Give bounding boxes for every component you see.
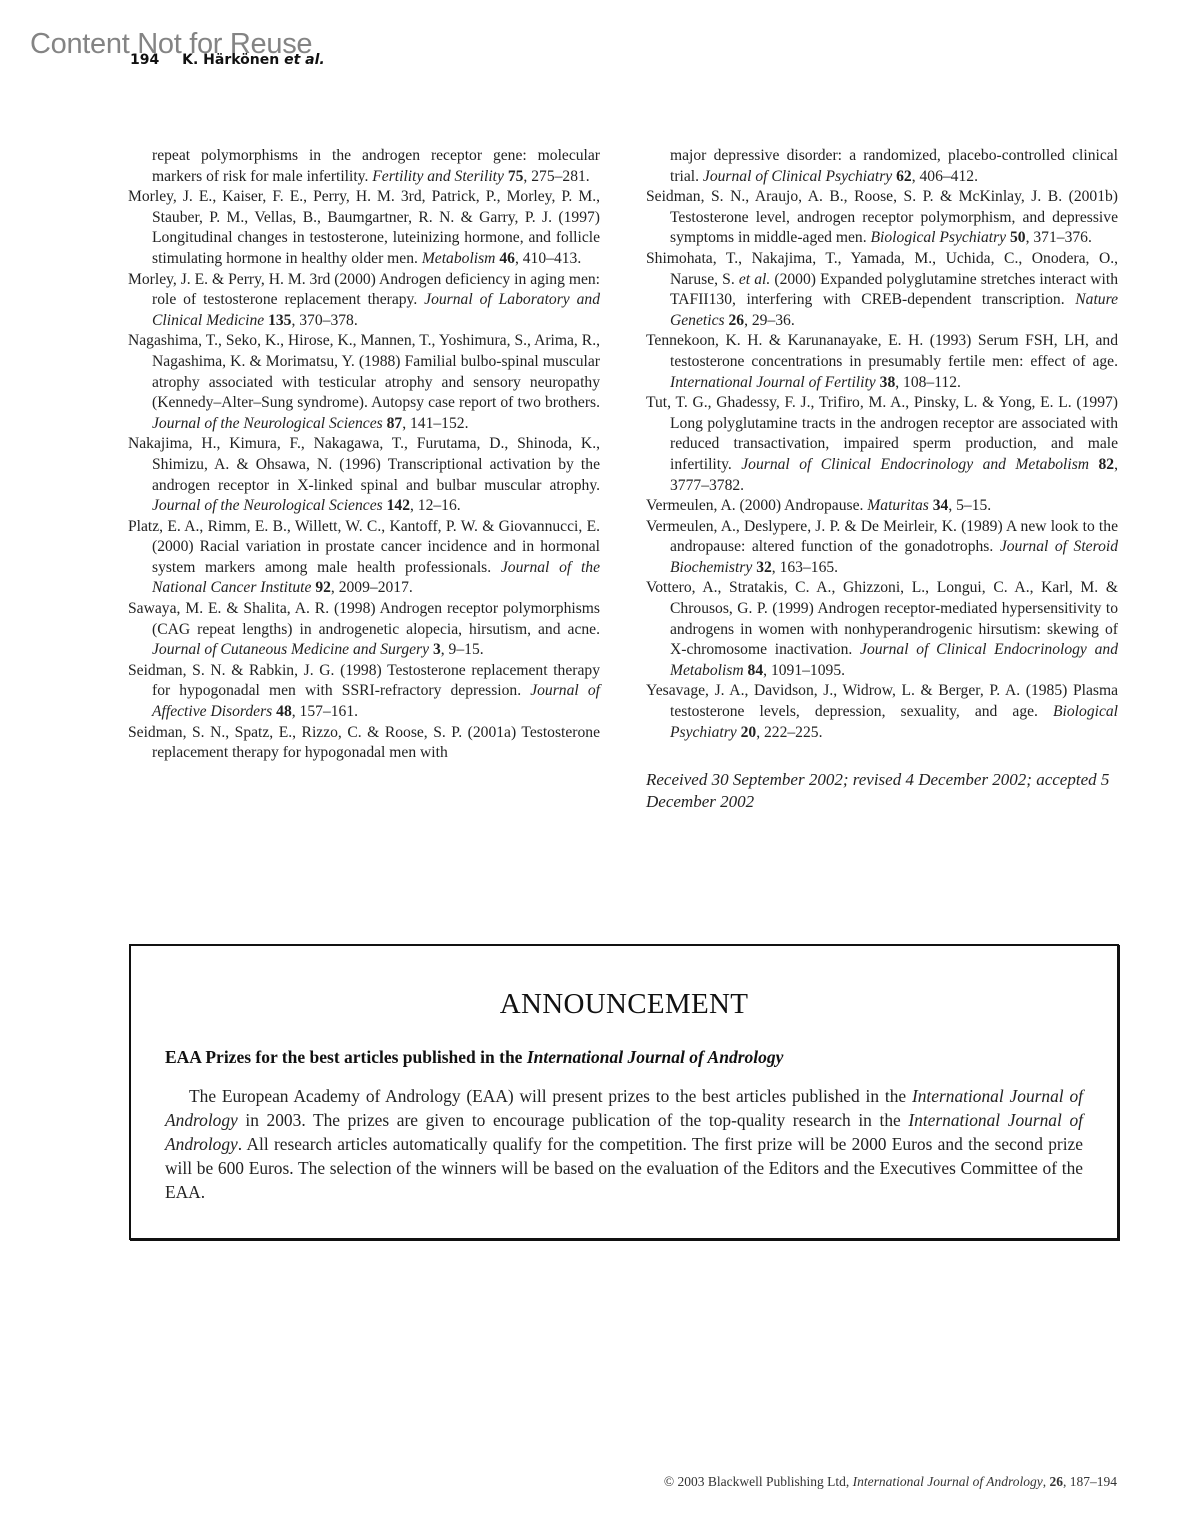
reference-entry: Seidman, S. N. & Rabkin, J. G. (1998) Te… — [128, 661, 600, 723]
reference-entry: Tennekoon, K. H. & Karunanayake, E. H. (… — [646, 331, 1118, 393]
text: , 2009–2017. — [331, 579, 413, 596]
references-right-list: major depressive disorder: a randomized,… — [646, 146, 1118, 743]
reference-entry: repeat polymorphisms in the androgen rec… — [128, 146, 600, 187]
bold-text: 92 — [315, 579, 331, 596]
reference-entry: Yesavage, J. A., Davidson, J., Widrow, L… — [646, 681, 1118, 743]
announcement-box: ANNOUNCEMENT EAA Prizes for the best art… — [129, 944, 1119, 1240]
text: , 370–378. — [291, 312, 357, 329]
reference-entry: Seidman, S. N., Araujo, A. B., Roose, S.… — [646, 187, 1118, 249]
text: , 406–412. — [912, 168, 978, 185]
bold-text: 62 — [896, 168, 912, 185]
announcement-body: The European Academy of Andrology (EAA) … — [165, 1084, 1083, 1204]
bold-text: 48 — [276, 703, 292, 720]
italic-text: Journal of the Neurological Sciences — [152, 497, 383, 514]
text: , 157–161. — [292, 703, 358, 720]
reference-entry: Morley, J. E. & Perry, H. M. 3rd (2000) … — [128, 270, 600, 332]
bold-text: 50 — [1010, 229, 1026, 246]
reference-entry: major depressive disorder: a randomized,… — [646, 146, 1118, 187]
bold-text: 26 — [728, 312, 744, 329]
received-dates-note: Received 30 September 2002; revised 4 De… — [646, 769, 1118, 813]
references-right-column: major depressive disorder: a randomized,… — [646, 146, 1118, 813]
text: , 5–15. — [948, 497, 991, 514]
bold-text: 3 — [433, 641, 441, 658]
text: , 108–112. — [895, 374, 961, 391]
reference-entry: Vottero, A., Stratakis, C. A., Ghizzoni,… — [646, 578, 1118, 681]
text: , 29–36. — [744, 312, 795, 329]
italic-text: Fertility and Sterility — [372, 168, 504, 185]
text: , 222–225. — [756, 724, 822, 741]
reference-entry: Platz, E. A., Rimm, E. B., Willett, W. C… — [128, 517, 600, 599]
text — [1089, 456, 1098, 473]
italic-text: Biological Psychiatry — [871, 229, 1007, 246]
italic-text: et al. — [739, 271, 770, 288]
reference-entry: Tut, T. G., Ghadessy, F. J., Trifiro, M.… — [646, 393, 1118, 496]
references-left-column: repeat polymorphisms in the androgen rec… — [128, 146, 600, 764]
text: Sawaya, M. E. & Shalita, A. R. (1998) An… — [128, 600, 600, 638]
italic-text: Journal of Cutaneous Medicine and Surger… — [152, 641, 429, 658]
copyright-footer: © 2003 Blackwell Publishing Ltd, Interna… — [664, 1474, 1117, 1490]
text: Nakajima, H., Kimura, F., Nakagawa, T., … — [128, 435, 600, 493]
text: , 141–152. — [402, 415, 468, 432]
reference-entry: Seidman, S. N., Spatz, E., Rizzo, C. & R… — [128, 723, 600, 764]
text: © 2003 Blackwell Publishing Ltd, — [664, 1474, 853, 1489]
text: Nagashima, T., Seko, K., Hirose, K., Man… — [128, 332, 600, 411]
bold-text: 46 — [499, 250, 515, 267]
reference-entry: Sawaya, M. E. & Shalita, A. R. (1998) An… — [128, 599, 600, 661]
text: Yesavage, J. A., Davidson, J., Widrow, L… — [646, 682, 1118, 720]
bold-text: 87 — [387, 415, 403, 432]
bold-text: 38 — [880, 374, 896, 391]
text: . All research articles automatically qu… — [165, 1134, 1083, 1202]
text: , 371–376. — [1026, 229, 1092, 246]
italic-text: International Journal of Fertility — [670, 374, 876, 391]
bold-text: 142 — [387, 497, 410, 514]
reference-entry: Vermeulen, A., Deslypere, J. P. & De Mei… — [646, 517, 1118, 579]
bold-text: 20 — [741, 724, 757, 741]
italic-text: Metabolism — [422, 250, 496, 267]
text: , 275–281. — [523, 168, 589, 185]
italic-text: Journal of Clinical Psychiatry — [703, 168, 892, 185]
italic-text: Journal of Clinical Endocrinology and Me… — [741, 456, 1089, 473]
italic-text: International Journal of Andrology — [527, 1047, 784, 1067]
reference-entry: Shimohata, T., Nakajima, T., Yamada, M.,… — [646, 249, 1118, 331]
text: , 187–194 — [1063, 1474, 1117, 1489]
italic-text: Journal of the Neurological Sciences — [152, 415, 383, 432]
text: , 163–165. — [772, 559, 838, 576]
bold-text: 84 — [748, 662, 764, 679]
text: Seidman, S. N., Spatz, E., Rizzo, C. & R… — [128, 724, 600, 762]
text: The European Academy of Andrology (EAA) … — [189, 1086, 912, 1106]
announcement-subtitle: EAA Prizes for the best articles publish… — [165, 1047, 1117, 1068]
reference-entry: Morley, J. E., Kaiser, F. E., Perry, H. … — [128, 187, 600, 269]
announcement-title: ANNOUNCEMENT — [131, 988, 1117, 1021]
text: in 2003. The prizes are given to encoura… — [238, 1110, 909, 1130]
text: Vermeulen, A. (2000) Andropause. — [646, 497, 867, 514]
text: EAA Prizes for the best articles publish… — [165, 1047, 527, 1067]
text: , 9–15. — [441, 641, 484, 658]
text: , 12–16. — [410, 497, 461, 514]
bold-text: 75 — [508, 168, 524, 185]
italic-text: International Journal of Andrology — [853, 1474, 1043, 1489]
watermark: Content Not for Reuse — [30, 28, 312, 61]
text: Tennekoon, K. H. & Karunanayake, E. H. (… — [646, 332, 1118, 370]
bold-text: 34 — [933, 497, 949, 514]
reference-entry: Nakajima, H., Kimura, F., Nakagawa, T., … — [128, 434, 600, 516]
bold-text: 135 — [268, 312, 291, 329]
text: , — [1043, 1474, 1050, 1489]
reference-entry: Vermeulen, A. (2000) Andropause. Maturit… — [646, 496, 1118, 517]
bold-text: 32 — [756, 559, 772, 576]
italic-text: Maturitas — [867, 497, 929, 514]
text: , 410–413. — [515, 250, 581, 267]
reference-entry: Nagashima, T., Seko, K., Hirose, K., Man… — [128, 331, 600, 434]
bold-text: 82 — [1099, 456, 1115, 473]
text: , 1091–1095. — [763, 662, 845, 679]
bold-text: 26 — [1050, 1474, 1064, 1489]
